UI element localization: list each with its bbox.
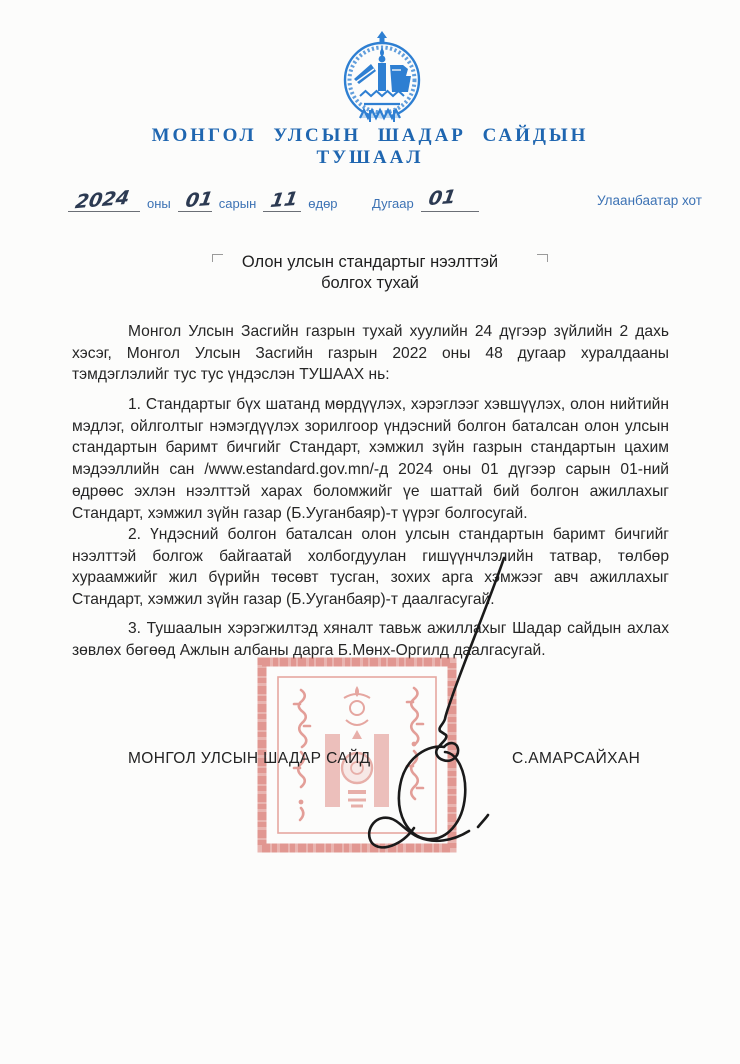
year-label: оны [147, 196, 171, 212]
subject-line2: болгох тухай [0, 273, 740, 294]
day-handwritten: 11 [269, 188, 299, 212]
number-group: Дугаар 01 [372, 191, 479, 212]
mongolia-state-emblem-icon [330, 30, 434, 128]
day-label: өдөр [308, 196, 337, 212]
order-item-2: 2. Үндэсний болгон баталсан олон улсын с… [72, 524, 669, 611]
subject-bracket-left [212, 254, 223, 262]
number-label: Дугаар [372, 196, 414, 212]
month-label: сарын [219, 196, 256, 212]
number-blank: 01 [421, 191, 479, 212]
day-blank: 11 [263, 191, 301, 212]
month-blank: 01 [178, 191, 212, 212]
letterhead: МОНГОЛ УЛСЫН ШАДАР САЙДЫН ТУШААЛ [0, 125, 740, 169]
subject-bracket-right [537, 254, 548, 262]
order-item-1: 1. Стандартыг бүх шатанд мөрдүүлэх, хэрэ… [72, 394, 669, 524]
preamble-paragraph: Монгол Улсын Засгийн газрын тухай хуулий… [72, 321, 669, 386]
number-handwritten: 01 [427, 186, 457, 210]
document-type: ТУШААЛ [0, 147, 740, 169]
month-handwritten: 01 [184, 188, 214, 212]
org-name: МОНГОЛ УЛСЫН ШАДАР САЙДЫН [0, 125, 740, 147]
document-page: МОНГОЛ УЛСЫН ШАДАР САЙДЫН ТУШААЛ 2024 он… [0, 0, 740, 1064]
subject-line1: Олон улсын стандартыг нээлттэй [0, 252, 740, 273]
date-number-row: 2024 оны 01 сарын 11 өдөр Дугаар 01 Улаа… [0, 182, 740, 216]
date-group: 2024 оны 01 сарын 11 өдөр [68, 191, 345, 212]
year-handwritten: 2024 [74, 187, 131, 214]
signer-name: С.АМАРСАЙХАН [512, 750, 640, 768]
year-blank: 2024 [68, 191, 140, 212]
signer-title: МОНГОЛ УЛСЫН ШАДАР САЙД [128, 750, 371, 768]
order-item-3: 3. Тушаалын хэрэгжилтэд хяналт тавьж ажи… [72, 618, 669, 661]
city-label: Улаанбаатар хот [597, 193, 702, 208]
subject-title: Олон улсын стандартыг нээлттэй болгох ту… [0, 252, 740, 294]
